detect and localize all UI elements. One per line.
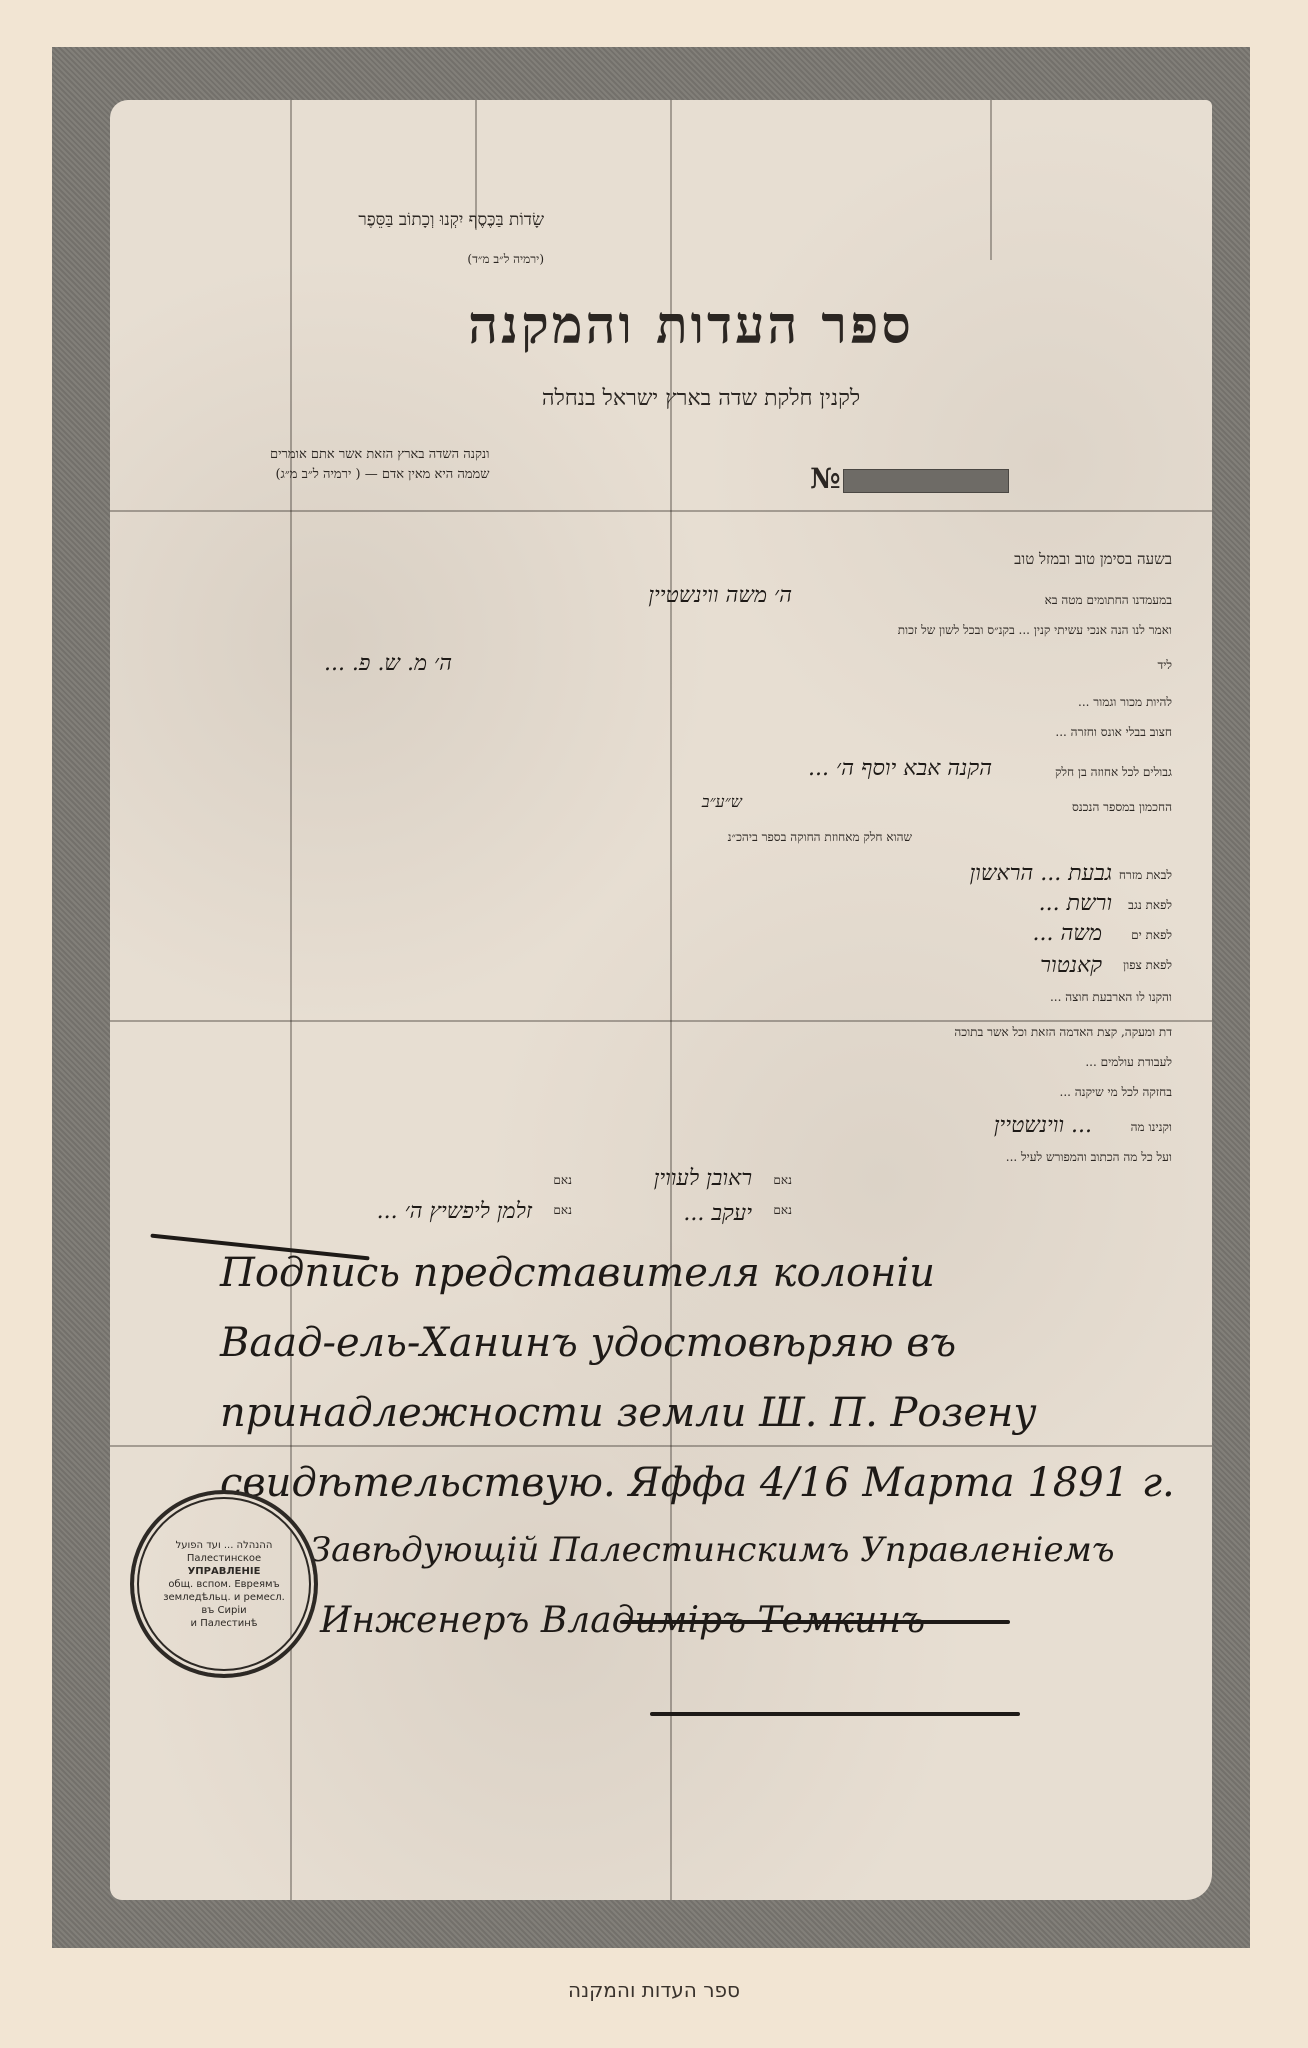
witness-label: נאם — [553, 1173, 572, 1188]
witness-signature: ראובן לעווין — [654, 1165, 752, 1191]
body-line: והקנו לו הארבעת חוצה ... — [1050, 990, 1172, 1005]
body-line: ליד — [1157, 658, 1172, 673]
handwritten-name: הקנה אבא יוסף ה׳ ... — [808, 755, 992, 781]
handwritten-name: ש״ע״ב — [702, 792, 742, 812]
witness-label: נאם — [553, 1203, 572, 1218]
figure-caption: ספר העדות והמקנה — [0, 1978, 1308, 2002]
fold-line — [990, 100, 992, 260]
handwritten-name: קאנטור — [1040, 952, 1102, 978]
number-box — [843, 469, 1009, 493]
stamp-line: общ. вспом. Евреямъ — [168, 1578, 279, 1591]
document-title: ספר העדות והמקנה — [110, 295, 1212, 356]
witness-signature: יעקב ... — [683, 1200, 752, 1226]
motto: שָׂדוֹת בַּכֶּסֶף יִקְנוּ וְכָתוֹב בַּסֵ… — [358, 210, 544, 230]
body-line: דת ומעקה, קצת האדמה הזאת וכל אשר בתוכה — [954, 1025, 1172, 1040]
body-line: החכמון במספר הנכנס — [1072, 800, 1172, 815]
handwritten-name: משה ... — [1033, 920, 1102, 946]
handwritten-name: ה׳ משה ווינשטיין — [648, 582, 792, 608]
handwritten-name: ... ווינשטיין — [994, 1112, 1092, 1138]
number-label: № — [810, 462, 840, 495]
stamp-line: Палестинское — [187, 1552, 261, 1565]
body-line: ועל כל מה הכתוב והמפורש לעיל ... — [1006, 1150, 1172, 1165]
body-line: לפאת נגב — [1128, 898, 1172, 913]
document-subtitle: לקנין חלקת שדה בארץ ישראל בנחלה — [110, 385, 1212, 411]
russian-line: Ваад-ель-Ханинъ удостовѣряю въ — [220, 1320, 956, 1366]
stamp-line: и Палестинѣ — [191, 1617, 258, 1630]
handwritten-name: ה׳ מ. ש. פ. ... — [324, 650, 452, 676]
body-line: במעמדנו החתומים מטה בא — [1045, 593, 1172, 608]
witness-label: נאם — [773, 1173, 792, 1188]
verse-line-1: ונקנה השדה בארץ הזאת אשר אתם אומרים — [270, 445, 489, 465]
russian-line: Завѣдующій Палестинскимъ Управленіемъ — [310, 1530, 1115, 1570]
body-line: ואמר לנו הנה אנכי עשיתי קנין ... בקנ״ס ו… — [898, 623, 1172, 638]
fold-line — [110, 1020, 1212, 1022]
signature-flourish — [650, 1712, 1020, 1716]
body-line: לפאת צפון — [1123, 958, 1172, 973]
fold-line — [110, 1445, 1212, 1447]
russian-line: принадлежности земли Ш. П. Розену — [220, 1390, 1037, 1436]
stamp-line: земледѣльц. и ремесл. — [163, 1591, 285, 1604]
fold-line — [110, 510, 1212, 512]
verse-quote: ונקנה השדה בארץ הזאת אשר אתם אומרים שממה… — [270, 445, 489, 485]
motto-source: (ירמיה ל״ב מ״ד) — [467, 252, 544, 267]
stamp-line: УПРАВЛЕНІЕ — [188, 1565, 261, 1578]
body-line: לפאת ים — [1131, 928, 1172, 943]
body-line: לעבודת עולמים ... — [1085, 1055, 1172, 1070]
body-line: בחזקה לכל מי שיקנה ... — [1060, 1085, 1172, 1100]
body-line: וקנינו מה — [1131, 1120, 1172, 1135]
witness-label: נאם — [773, 1203, 792, 1218]
body-line: גבולים לכל אחוזה בן חלק — [1055, 765, 1172, 780]
stamp-ring-text: ההנהלה ... ועד הפועל — [176, 1539, 273, 1552]
body-line: שהוא חלק מאחוזת החוקה בספר ביהכ״נ — [728, 830, 912, 845]
russian-line: Подпись представителя колоніи — [220, 1250, 935, 1296]
signature-flourish — [620, 1620, 1010, 1624]
handwritten-name: גבעת ... הראשון — [970, 860, 1112, 886]
handwritten-name: ורשת ... — [1039, 890, 1112, 916]
stamp-line: въ Сиріи — [201, 1604, 246, 1617]
body-line: לבאת מזרח — [1119, 868, 1172, 883]
russian-line: свидѣтельствую. Яффа 4/16 Марта 1891 г. — [220, 1460, 1175, 1506]
blessing-line: בשעה בסימן טוב ובמזל טוב — [1014, 550, 1172, 569]
official-stamp: ההנהלה ... ועד הפועל Палестинское УПРАВЛ… — [130, 1490, 318, 1678]
verse-line-2: שממה היא מאין אדם — ( ירמיה ל״ב מ״ג) — [270, 465, 489, 485]
witness-signature: זלמן ליפשיץ ה׳ ... — [377, 1198, 532, 1224]
body-line: להיות מכור וגמור ... — [1078, 695, 1172, 710]
body-line: חצוב בבלי אונס וחזרה ... — [1055, 725, 1172, 740]
document-paper: שָׂדוֹת בַּכֶּסֶף יִקְנוּ וְכָתוֹב בַּסֵ… — [110, 100, 1212, 1900]
